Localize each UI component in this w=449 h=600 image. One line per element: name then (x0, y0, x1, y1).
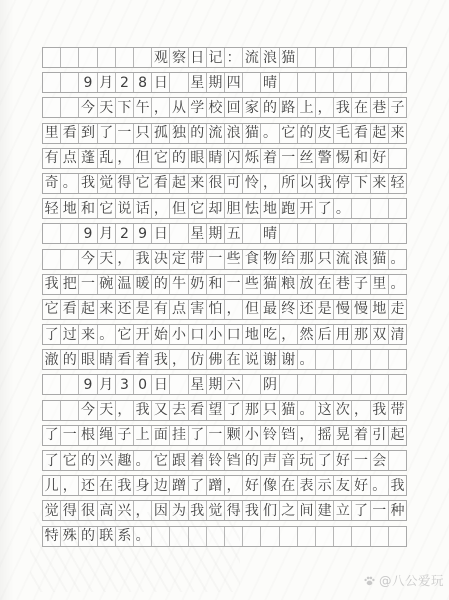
grid-cell: 9 (133, 224, 151, 243)
grid-cell (315, 224, 333, 243)
text-row: 它看起来还是有点害怕，但最终还是慢慢地走 (42, 299, 407, 320)
grid-cell: 带 (188, 250, 206, 269)
grid-cell: 还 (115, 300, 133, 319)
grid-cell: 跑 (279, 199, 297, 218)
grid-cell: 立 (333, 501, 351, 520)
grid-cell: 高 (97, 501, 115, 520)
grid-cell (333, 73, 351, 92)
grid-cell (388, 73, 406, 92)
grid-cell: 惕 (333, 149, 351, 168)
grid-cell: 看 (151, 174, 169, 193)
grid-cell: 期 (206, 224, 224, 243)
grid-cell: 间 (297, 501, 315, 520)
grid-cell (388, 451, 406, 470)
grid-cell: 口 (188, 325, 206, 344)
grid-cell: 摇 (315, 426, 333, 445)
grid-cell: 它 (97, 199, 115, 218)
grid-cell: 说 (242, 350, 260, 369)
grid-cell: ， (224, 300, 242, 319)
grid-cell: 慢 (333, 300, 351, 319)
grid-cell: 双 (370, 325, 388, 344)
grid-cell (315, 73, 333, 92)
grid-cell: 在 (224, 350, 242, 369)
grid-cell: 了 (43, 325, 60, 344)
grid-cell: 。 (133, 451, 151, 470)
grid-cell: 它 (151, 149, 169, 168)
grid-cell: 澈 (43, 350, 60, 369)
grid-cell: 猫 (279, 401, 297, 420)
grid-cell (388, 48, 406, 67)
grid-cell (315, 350, 333, 369)
grid-cell: ， (279, 325, 297, 344)
grid-cell: ， (351, 401, 369, 420)
grid-cell: 暖 (133, 275, 151, 294)
grid-cell: 是 (315, 300, 333, 319)
grid-cell: 子 (351, 275, 369, 294)
grid-cell: 地 (260, 199, 278, 218)
grid-cell (279, 527, 297, 546)
grid-cell: 校 (206, 98, 224, 117)
grid-cell: 了 (315, 451, 333, 470)
grid-cell: 眼 (78, 350, 96, 369)
grid-cell: 又 (151, 401, 169, 420)
grid-cell (78, 48, 96, 67)
grid-cell: 天 (97, 401, 115, 420)
grid-cell: 9 (78, 224, 96, 243)
grid-cell (351, 350, 369, 369)
grid-cell (169, 224, 187, 243)
grid-cell: 起 (388, 426, 406, 445)
grid-cell: 和 (78, 199, 96, 218)
grid-cell: 来 (370, 174, 388, 193)
grid-cell: 一 (78, 275, 96, 294)
grid-cell: ， (315, 98, 333, 117)
text-row: 9月29日星期五晴 (42, 223, 407, 244)
grid-cell: 吃 (260, 325, 278, 344)
grid-cell: ， (151, 199, 169, 218)
grid-cell: 和 (351, 149, 369, 168)
grid-cell: 我 (43, 275, 60, 294)
grid-cell: 8 (133, 73, 151, 92)
grid-cell: 一 (206, 426, 224, 445)
grid-cell: 殊 (60, 527, 78, 546)
grid-cell: 。 (97, 325, 115, 344)
grid-cell: 了 (351, 501, 369, 520)
grid-cell: ， (224, 476, 242, 495)
grid-cell: 一 (115, 124, 133, 143)
grid-cell: 蓬 (78, 149, 96, 168)
grid-cell (279, 73, 297, 92)
grid-cell: 蹭 (206, 476, 224, 495)
grid-cell: 特 (43, 527, 60, 546)
grid-cell: 一 (279, 149, 297, 168)
grid-cell: 2 (115, 224, 133, 243)
grid-cell: ， (297, 426, 315, 445)
grid-cell: 望 (206, 401, 224, 420)
grid-cell (351, 199, 369, 218)
grid-cell (43, 73, 60, 92)
grid-cell: 儿 (43, 476, 60, 495)
grid-cell: 兴 (115, 501, 133, 520)
grid-cell: 佛 (206, 350, 224, 369)
text-row: 有点蓬乱，但它的眼睛闪烁着一丝警惕和好 (42, 148, 407, 169)
grid-cell: 友 (333, 476, 351, 495)
grid-cell: 有 (43, 149, 60, 168)
grid-cell: 一 (351, 451, 369, 470)
grid-cell: 乱 (97, 149, 115, 168)
text-row: 里看到了一只孤独的流浪猫。它的皮毛看起来 (42, 123, 407, 144)
grid-cell: ， (60, 476, 78, 495)
grid-cell (97, 48, 115, 67)
grid-cell (206, 527, 224, 546)
grid-cell: 那 (351, 325, 369, 344)
grid-cell: 面 (151, 426, 169, 445)
grid-cell (297, 527, 315, 546)
grid-cell: 开 (297, 199, 315, 218)
grid-cell: 我 (242, 501, 260, 520)
grid-cell: 口 (224, 325, 242, 344)
grid-cell: 在 (315, 275, 333, 294)
grid-cell: 点 (60, 149, 78, 168)
grid-cell: 期 (206, 73, 224, 92)
grid-cell (333, 224, 351, 243)
grid-cell: 最 (260, 300, 278, 319)
grid-cell (351, 48, 369, 67)
grid-cell (169, 73, 187, 92)
grid-cell: 觉 (206, 501, 224, 520)
grid-cell: 好 (351, 476, 369, 495)
grid-cell: 它 (188, 199, 206, 218)
grid-cell: 我 (78, 174, 96, 193)
grid-cell (43, 224, 60, 243)
grid-cell: 跟 (169, 451, 187, 470)
grid-cell (388, 149, 406, 168)
grid-cell: 害 (188, 300, 206, 319)
grid-cell: 的 (78, 451, 96, 470)
grid-cell: 觉 (97, 174, 115, 193)
grid-cell: 日 (151, 224, 169, 243)
grid-cell: 建 (315, 501, 333, 520)
grid-cell: 是 (133, 300, 151, 319)
grid-cell: 。 (133, 527, 151, 546)
grid-cell: 和 (206, 275, 224, 294)
grid-cell: 阴 (260, 375, 278, 394)
watermark: @八公爱玩 (363, 571, 444, 589)
grid-cell (224, 527, 242, 546)
grid-cell: 眼 (188, 149, 206, 168)
grid-cell: 浪 (260, 48, 278, 67)
grid-cell (43, 250, 60, 269)
grid-cell: 会 (370, 451, 388, 470)
grid-cell (315, 48, 333, 67)
grid-cell: 在 (97, 476, 115, 495)
grid-cell: 谢 (279, 350, 297, 369)
grid-cell: 玩 (297, 451, 315, 470)
grid-cell (388, 224, 406, 243)
grid-cell (151, 527, 169, 546)
grid-cell: 的 (297, 124, 315, 143)
grid-cell: 还 (297, 300, 315, 319)
grid-cell (351, 224, 369, 243)
grid-cell: 我 (133, 401, 151, 420)
grid-cell (297, 375, 315, 394)
grid-cell: 。 (388, 275, 406, 294)
grid-cell: 到 (78, 124, 96, 143)
grid-cell (297, 224, 315, 243)
grid-cell: 些 (224, 250, 242, 269)
grid-cell: 定 (169, 250, 187, 269)
grid-cell: 3 (115, 375, 133, 394)
grid-cell (43, 401, 60, 420)
grid-cell: 天 (97, 250, 115, 269)
grid-cell: 我 (115, 476, 133, 495)
grid-cell: ， (115, 250, 133, 269)
text-row: 观察日记：流浪猫 (42, 47, 407, 68)
grid-cell (351, 73, 369, 92)
grid-cell: 的 (151, 275, 169, 294)
grid-cell: 了 (97, 124, 115, 143)
grid-cell: 只 (315, 250, 333, 269)
grid-cell: 挂 (169, 426, 187, 445)
grid-cell (60, 401, 78, 420)
grid-cell: 身 (133, 476, 151, 495)
grid-cell: 起 (78, 300, 96, 319)
grid-cell (315, 375, 333, 394)
grid-cell: 看 (188, 401, 206, 420)
grid-cell: 小 (206, 325, 224, 344)
notebook-page: 观察日记：流浪猫9月28日星期四晴今天下午，从学校回家的路上，我在巷子里看到了一… (0, 0, 449, 600)
grid-cell (133, 48, 151, 67)
grid-cell: 奶 (188, 275, 206, 294)
grid-cell: 着 (133, 350, 151, 369)
grid-cell: 温 (115, 275, 133, 294)
grid-cell: 巷 (333, 275, 351, 294)
grid-cell (279, 375, 297, 394)
grid-cell: 停 (333, 174, 351, 193)
grid-cell: 下 (351, 174, 369, 193)
grid-cell: 着 (188, 451, 206, 470)
grid-cell: 流 (206, 124, 224, 143)
grid-cell: 了 (315, 199, 333, 218)
grid-cell (242, 527, 260, 546)
grid-cell: 我 (370, 401, 388, 420)
grid-cell: 一 (370, 501, 388, 520)
grid-cell: 但 (169, 199, 187, 218)
grid-cell: 期 (206, 375, 224, 394)
grid-cell: 里 (43, 124, 60, 143)
grid-cell: 胆 (224, 199, 242, 218)
grid-cell: 过 (60, 325, 78, 344)
grid-cell: 午 (133, 98, 151, 117)
grid-cell: 一 (224, 275, 242, 294)
grid-cell (370, 199, 388, 218)
grid-cell: 奇 (43, 174, 60, 193)
watermark-text: @八公爱玩 (379, 571, 444, 589)
grid-cell: 晴 (260, 224, 278, 243)
grid-cell: 系 (115, 527, 133, 546)
grid-cell: 星 (188, 73, 206, 92)
grid-cell: 终 (279, 300, 297, 319)
grid-cell (43, 98, 60, 117)
grid-cell (60, 224, 78, 243)
text-row: 今天下午，从学校回家的路上，我在巷子 (42, 97, 407, 118)
grid-cell: 家 (242, 98, 260, 117)
grid-cell: 2 (115, 73, 133, 92)
text-row: 今天，我又去看望了那只猫。这次，我带 (42, 400, 407, 421)
grid-cell (169, 375, 187, 394)
grid-cell: 晴 (260, 73, 278, 92)
grid-cell: 。 (333, 199, 351, 218)
grid-cell: 慢 (351, 300, 369, 319)
grid-cell: 声 (260, 451, 278, 470)
text-row: 了它的兴趣。它跟着铃铛的声音玩了好一会 (42, 450, 407, 471)
grid-cell: 像 (260, 476, 278, 495)
grid-cell: 独 (169, 124, 187, 143)
grid-cell (388, 199, 406, 218)
grid-cell: 月 (97, 375, 115, 394)
text-row: 轻地和它说话，但它却胆怯地跑开了。 (42, 198, 407, 219)
grid-cell (188, 527, 206, 546)
grid-cell: 铛 (279, 426, 297, 445)
grid-cell: 根 (78, 426, 96, 445)
paw-icon (363, 574, 376, 587)
grid-cell: 地 (60, 199, 78, 218)
grid-cell (370, 73, 388, 92)
grid-cell: 了 (43, 426, 60, 445)
grid-cell: 。 (388, 250, 406, 269)
grid-cell: 。 (60, 174, 78, 193)
text-row: 9月30日星期六阴 (42, 374, 407, 395)
grid-cell (60, 250, 78, 269)
grid-cell: 。 (370, 476, 388, 495)
text-row: 了过来。它开始小口小口地吃，然后用那双清 (42, 324, 407, 345)
grid-cell: 路 (279, 98, 297, 117)
grid-cell: 着 (351, 426, 369, 445)
grid-cell: 月 (97, 73, 115, 92)
grid-cell: 巷 (370, 98, 388, 117)
grid-cell: 的 (260, 98, 278, 117)
text-row: 特殊的联系。 (42, 526, 407, 547)
grid-cell: 为 (169, 501, 187, 520)
grid-cell: 把 (60, 275, 78, 294)
grid-cell: 后 (315, 325, 333, 344)
grid-cell: 今 (78, 98, 96, 117)
grid-cell: 察 (169, 48, 187, 67)
grid-cell: 清 (388, 325, 406, 344)
grid-cell: 地 (370, 300, 388, 319)
grid-cell: 流 (242, 48, 260, 67)
grid-cell: 我 (333, 98, 351, 117)
grid-cell: 去 (169, 401, 187, 420)
grid-cell (279, 224, 297, 243)
text-row: 了一根绳子上面挂了一颗小铃铛，摇晃着引起 (42, 425, 407, 446)
grid-cell: 六 (224, 375, 242, 394)
grid-cell: 轻 (388, 174, 406, 193)
grid-cell: 的 (60, 350, 78, 369)
text-row: 我把一碗温暖的牛奶和一些猫粮放在巷子里。 (42, 274, 407, 295)
grid-cell: 仿 (188, 350, 206, 369)
grid-cell: 猫 (242, 124, 260, 143)
grid-cell (60, 98, 78, 117)
grid-cell: 四 (224, 73, 242, 92)
grid-cell (351, 527, 369, 546)
grid-cell: 它 (60, 451, 78, 470)
grid-cell: 有 (151, 300, 169, 319)
grid-cell: 睛 (206, 149, 224, 168)
grid-cell: 一 (60, 426, 78, 445)
grid-cell (370, 527, 388, 546)
grid-cell: ， (133, 501, 151, 520)
grid-cell: 粮 (279, 275, 297, 294)
grid-cell (242, 224, 260, 243)
grid-cell: ， (151, 98, 169, 117)
grid-cell: 然 (297, 325, 315, 344)
grid-cell: 来 (388, 124, 406, 143)
grid-cell: 起 (169, 174, 187, 193)
grid-cell: 今 (78, 250, 96, 269)
grid-cell: 但 (242, 300, 260, 319)
grid-cell: 今 (78, 401, 96, 420)
grid-cell: 音 (279, 451, 297, 470)
grid-cell: 还 (78, 476, 96, 495)
grid-cell: 趣 (115, 451, 133, 470)
grid-cell: 猫 (279, 48, 297, 67)
grid-cell: 绳 (97, 426, 115, 445)
grid-cell: 浪 (224, 124, 242, 143)
grid-cell: 很 (78, 501, 96, 520)
grid-cell: 丝 (297, 149, 315, 168)
grid-cell: 来 (188, 174, 206, 193)
grid-cell (333, 48, 351, 67)
grid-cell: 食 (242, 250, 260, 269)
grid-cell: 表 (297, 476, 315, 495)
grid-cell: ， (169, 350, 187, 369)
grid-cell: 0 (133, 375, 151, 394)
grid-cell: 颗 (224, 426, 242, 445)
text-row: 奇。我觉得它看起来很可怜，所以我停下来轻 (42, 173, 407, 194)
grid-cell (351, 375, 369, 394)
grid-cell: 回 (224, 98, 242, 117)
grid-cell: 天 (97, 98, 115, 117)
grid-cell: 边 (151, 476, 169, 495)
grid-cell: 看 (115, 350, 133, 369)
grid-cell: 它 (133, 174, 151, 193)
grid-cell: 好 (370, 149, 388, 168)
grid-cell: 铃 (260, 426, 278, 445)
grid-cell: 带 (388, 401, 406, 420)
grid-cell: 看 (60, 124, 78, 143)
grid-cell (43, 48, 60, 67)
grid-cell: 怕 (206, 300, 224, 319)
grid-cell: 了 (188, 426, 206, 445)
grid-cell (370, 224, 388, 243)
grid-cell: 开 (133, 325, 151, 344)
text-row: 澈的眼睛看着我，仿佛在说谢谢。 (42, 349, 407, 370)
grid-cell: 观 (151, 48, 169, 67)
grid-cell: 里 (370, 275, 388, 294)
grid-cell: 以 (297, 174, 315, 193)
grid-cell: 话 (133, 199, 151, 218)
grid-cell: 下 (115, 98, 133, 117)
grid-cell: 得 (224, 501, 242, 520)
grid-cell: ， (260, 174, 278, 193)
grid-cell (242, 375, 260, 394)
grid-cell: 牛 (169, 275, 187, 294)
grid-cell (43, 375, 60, 394)
grid-cell (260, 527, 278, 546)
text-row: 觉得很高兴，因为我觉得我们之间建立了一种 (42, 500, 407, 521)
grid-cell: 只 (260, 401, 278, 420)
